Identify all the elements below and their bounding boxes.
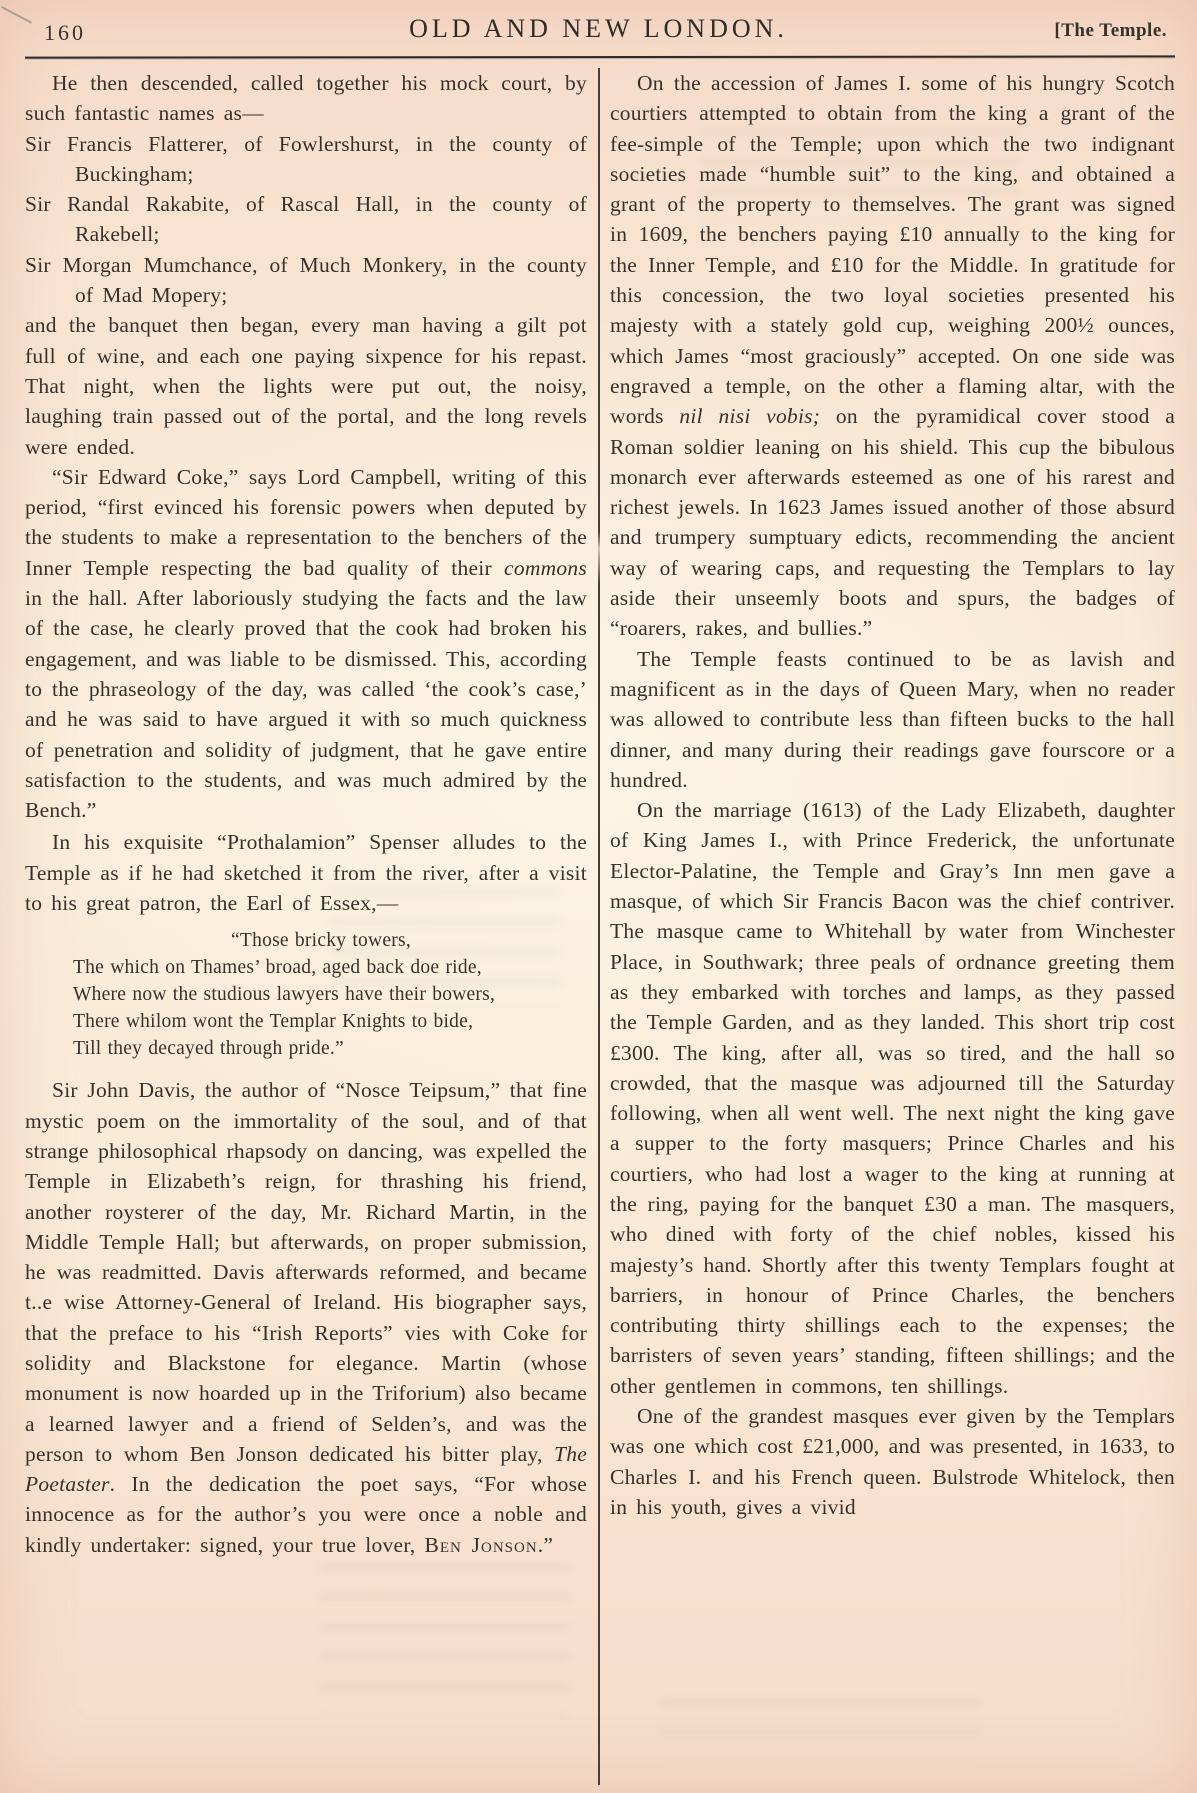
smallcaps-segment: Ben Jonson <box>425 1533 538 1557</box>
running-title: OLD AND NEW LONDON. <box>0 14 1197 44</box>
paragraph-marriage: On the marriage (1613) of the Lady Eliza… <box>610 795 1175 1401</box>
paragraph-coke: “Sir Edward Coke,” says Lord Campbell, w… <box>25 462 587 826</box>
text-segment: .” <box>538 1533 553 1557</box>
paragraph-feasts: The Temple feasts continued to be as lav… <box>610 644 1175 795</box>
text-columns: He then descended, called together his m… <box>25 68 1175 1785</box>
verse-quotation: “Those bricky towers, The which on Thame… <box>73 927 587 1062</box>
book-page: 160 OLD AND NEW LONDON. [The Temple. He … <box>0 0 1197 1793</box>
italic-segment: commons <box>504 556 587 580</box>
text-segment: in the hall. After laboriously studying … <box>25 586 587 822</box>
verse-line: There whilom wont the Templar Knights to… <box>73 1008 587 1035</box>
paragraph-banquet: and the banquet then began, every man ha… <box>25 310 587 461</box>
mock-name-item: Sir Randal Rakabite, of Rascal Hall, in … <box>25 189 587 250</box>
text-segment: on the pyramidical cover stood a Roman s… <box>610 404 1175 640</box>
column-divider <box>598 68 600 1785</box>
verse-line: Till they decayed through pride.” <box>73 1035 587 1062</box>
paragraph-masques: One of the grandest masques ever given b… <box>610 1401 1175 1522</box>
text-segment: On the accession of James I. some of his… <box>610 71 1175 428</box>
mock-name-item: Sir Morgan Mumchance, of Much Monkery, i… <box>25 250 587 311</box>
paragraph-spenser: In his exquisite “Prothalamion” Spenser … <box>25 827 587 918</box>
text-segment: “Sir Edward Coke,” says Lord Campbell, w… <box>25 465 587 580</box>
paragraph-intro: He then descended, called together his m… <box>25 68 587 129</box>
verse-line: “Those bricky towers, <box>73 927 587 954</box>
page-header: 160 OLD AND NEW LONDON. [The Temple. <box>0 0 1197 60</box>
right-column: On the accession of James I. some of his… <box>610 68 1175 1785</box>
verse-line: The which on Thames’ broad, aged back do… <box>73 954 587 981</box>
italic-segment: nil nisi vobis; <box>679 404 820 428</box>
verse-line: Where now the studious lawyers have thei… <box>73 981 587 1008</box>
text-segment: Sir John Davis, the author of “Nosce Tei… <box>25 1078 587 1466</box>
running-section-label: [The Temple. <box>1054 20 1167 42</box>
left-column: He then descended, called together his m… <box>25 68 587 1785</box>
paragraph-davis: Sir John Davis, the author of “Nosce Tei… <box>25 1075 587 1560</box>
paragraph-james: On the accession of James I. some of his… <box>610 68 1175 644</box>
mock-name-item: Sir Francis Flatterer, of Fowlershurst, … <box>25 129 587 190</box>
